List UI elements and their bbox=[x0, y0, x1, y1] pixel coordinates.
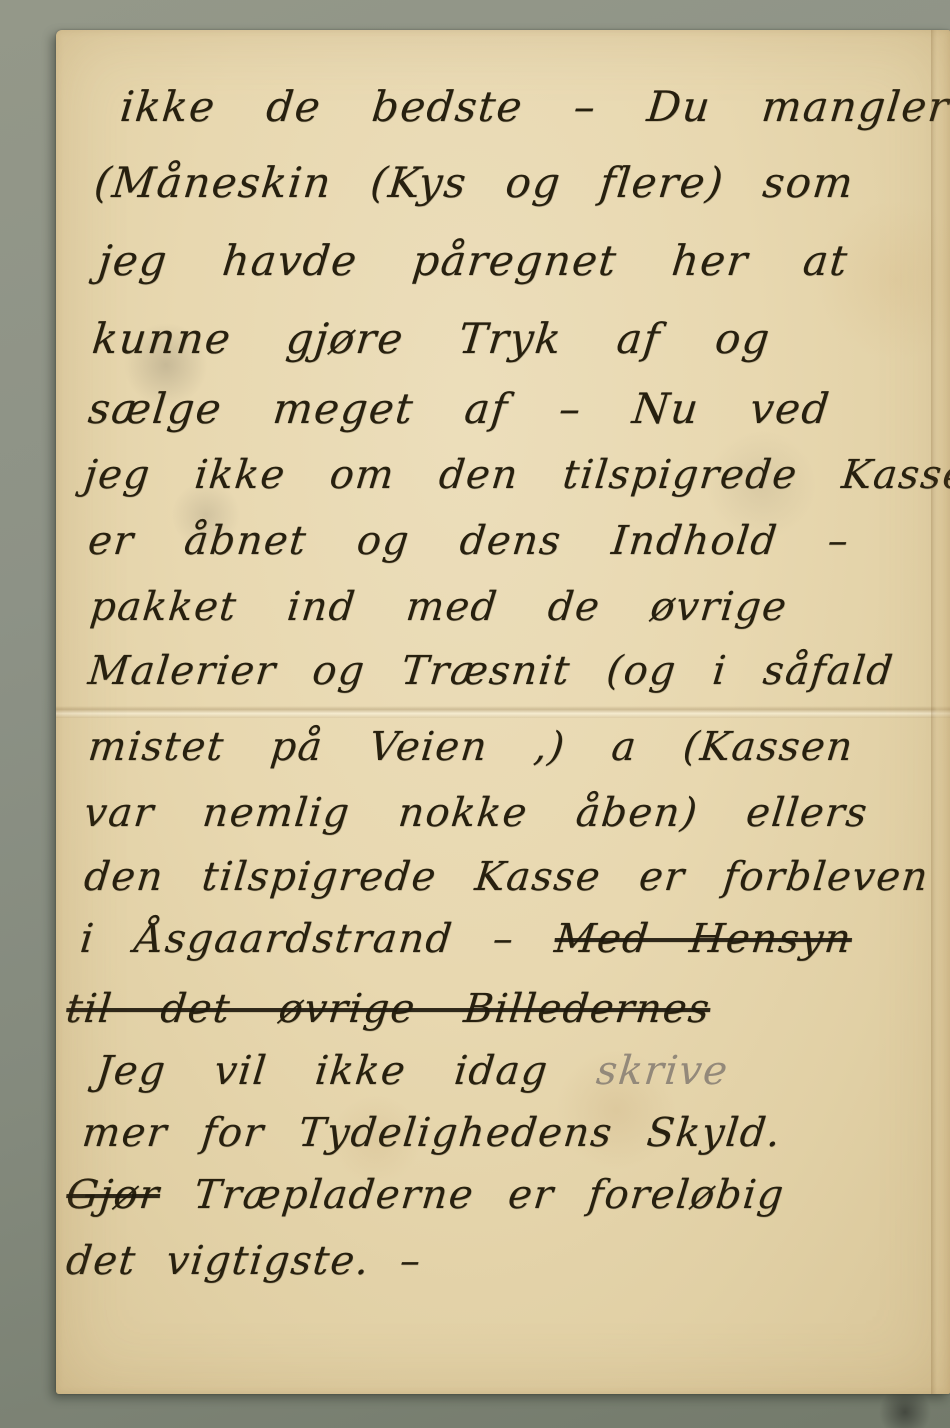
text-segment: kunne gjøre Tryk af og bbox=[90, 314, 773, 363]
text-segment: ikke de bedste – Du mangler bbox=[118, 82, 950, 131]
struck-text-segment: Gjør bbox=[64, 1172, 162, 1218]
manuscript-line: til det øvrige Billedernes bbox=[64, 986, 713, 1032]
photo-mat-background: ikke de bedste – Du mangler(Måneskin (Ky… bbox=[0, 0, 950, 1428]
text-segment: jeg ikke om den tilspigrede Kasse bbox=[82, 452, 950, 498]
text-segment: var nemlig nokke åben) ellers bbox=[82, 790, 870, 836]
horizontal-fold-crease bbox=[56, 706, 950, 718]
manuscript-line: (Måneskin (Kys og flere) som bbox=[92, 158, 857, 207]
manuscript-line: Gjør Træpladerne er foreløbig bbox=[64, 1172, 787, 1218]
manuscript-line: pakket ind med de øvrige bbox=[88, 584, 790, 630]
manuscript-line: sælge meget af – Nu ved bbox=[86, 384, 833, 433]
right-leaf-edge-crease bbox=[931, 30, 950, 1394]
manuscript-line: er åbnet og dens Indhold – bbox=[86, 518, 852, 564]
text-segment: den tilspigrede Kasse er forbleven bbox=[82, 854, 931, 900]
text-segment: pakket ind med de øvrige bbox=[88, 584, 790, 630]
pencil-text-segment: skrive bbox=[594, 1048, 731, 1094]
text-segment: jeg havde påregnet her at bbox=[96, 236, 851, 285]
manuscript-line: mistet på Veien ,) a (Kassen bbox=[86, 724, 856, 770]
manuscript-line: Malerier og Træsnit (og i såfald bbox=[86, 648, 896, 694]
manuscript-line: det vigtigste. – bbox=[64, 1238, 424, 1284]
text-segment: Jeg vil ikke idag bbox=[94, 1048, 599, 1094]
manuscript-line: mer for Tydelighedens Skyld. bbox=[80, 1110, 784, 1156]
text-segment: Træpladerne er foreløbig bbox=[158, 1172, 787, 1218]
text-segment: Malerier og Træsnit (og i såfald bbox=[86, 648, 896, 694]
text-segment: mistet på Veien ,) a (Kassen bbox=[86, 724, 856, 770]
text-segment: det vigtigste. – bbox=[64, 1238, 424, 1284]
manuscript-line: var nemlig nokke åben) ellers bbox=[82, 790, 870, 836]
text-segment: (Måneskin (Kys og flere) som bbox=[92, 158, 857, 207]
text-segment: sælge meget af – Nu ved bbox=[86, 384, 833, 433]
manuscript-line: Jeg vil ikke idag skrive bbox=[94, 1048, 731, 1094]
struck-text-segment: til det øvrige Billedernes bbox=[64, 986, 713, 1032]
manuscript-line: den tilspigrede Kasse er forbleven bbox=[82, 854, 931, 900]
letter-paper: ikke de bedste – Du mangler(Måneskin (Ky… bbox=[56, 30, 950, 1394]
struck-text-segment: Med Hensyn bbox=[552, 916, 854, 962]
manuscript-line: jeg ikke om den tilspigrede Kasse bbox=[82, 452, 950, 498]
text-segment: i Åsgaardstrand – bbox=[78, 916, 557, 962]
manuscript-line: ikke de bedste – Du mangler bbox=[118, 82, 950, 131]
manuscript-line: jeg havde påregnet her at bbox=[96, 236, 851, 285]
manuscript-line: i Åsgaardstrand – Med Hensyn bbox=[78, 916, 854, 962]
manuscript-line: kunne gjøre Tryk af og bbox=[90, 314, 773, 363]
text-segment: mer for Tydelighedens Skyld. bbox=[80, 1110, 784, 1156]
text-segment: er åbnet og dens Indhold – bbox=[86, 518, 852, 564]
